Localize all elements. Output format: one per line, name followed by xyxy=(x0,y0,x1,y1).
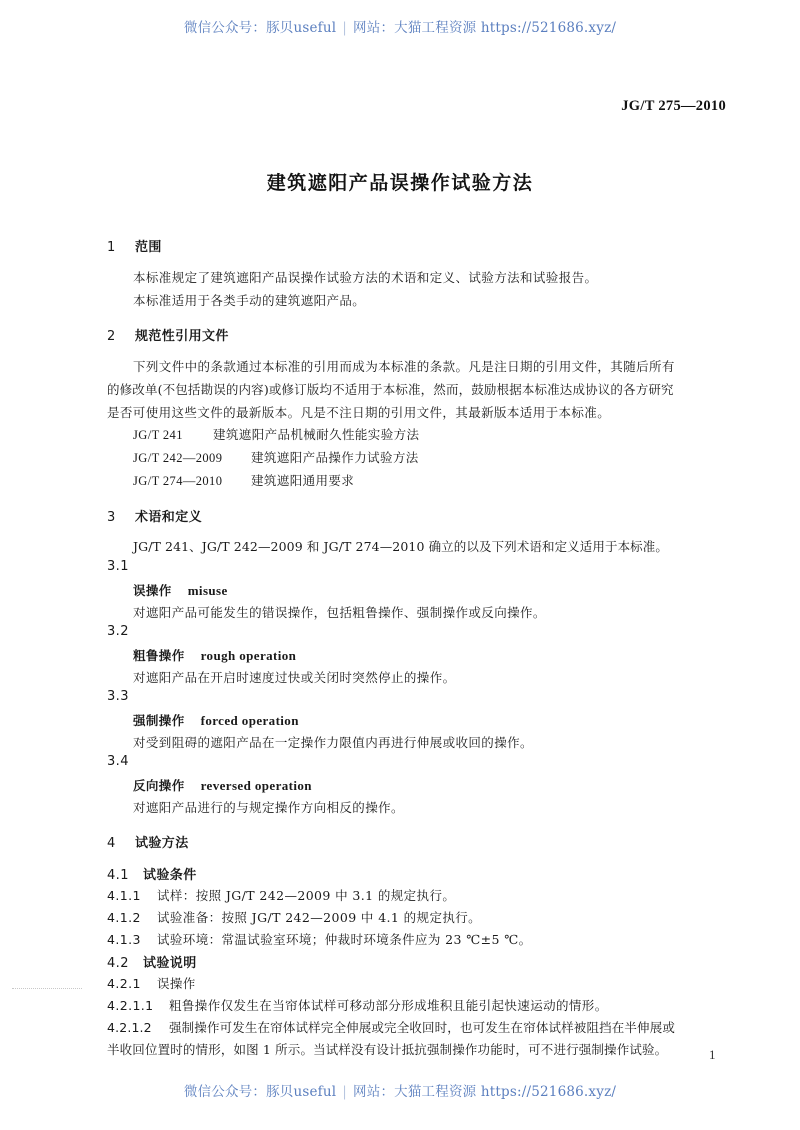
paragraph: 本标准规定了建筑遮阳产品误操作试验方法的术语和定义、试验方法和试验报告。 xyxy=(133,268,597,286)
term-number: 3.4 xyxy=(107,754,129,769)
reference-item: JG/T 242—2009建筑遮阳产品操作力试验方法 xyxy=(133,448,419,466)
term-heading: 反向操作reversed operation xyxy=(133,776,312,794)
term-english: misuse xyxy=(188,583,228,598)
term-english: forced operation xyxy=(201,713,299,728)
section-number: 3 xyxy=(107,510,135,525)
section-title: 术语和定义 xyxy=(135,510,202,525)
term-definition: 对遮阳产品可能发生的错误操作，包括粗鲁操作、强制操作或反向操作。 xyxy=(133,603,546,621)
term-number: 3.3 xyxy=(107,689,129,704)
section-title: 试验方法 xyxy=(135,836,189,851)
term-chinese: 误操作 xyxy=(133,583,172,598)
clause-item: 4.2.1.1粗鲁操作仅发生在当帘体试样可移动部分形成堆积且能引起快速运动的情形… xyxy=(107,996,608,1014)
reference-title: 建筑遮阳产品机械耐久性能实验方法 xyxy=(213,427,419,442)
clause-number: 4.2.1.1 xyxy=(107,998,169,1013)
watermark-top: 微信公众号：豚贝useful|网站：大猫工程资源 https://521686.… xyxy=(0,16,800,36)
section-4-heading: 4试验方法 xyxy=(107,832,189,851)
section-number: 1 xyxy=(107,240,135,255)
clause-item: 4.2.1.2强制操作可发生在帘体试样完全伸展或完全收回时，也可发生在帘体试样被… xyxy=(107,1018,675,1036)
watermark-separator: | xyxy=(342,20,347,36)
clause-title: 误操作 xyxy=(157,976,196,991)
term-definition: 对遮阳产品在开启时速度过快或关闭时突然停止的操作。 xyxy=(133,668,456,686)
clause-number: 4.1.1 xyxy=(107,888,157,903)
term-heading: 强制操作forced operation xyxy=(133,711,299,729)
term-definition: 对受到阻碍的遮阳产品在一定操作力限值内再进行伸展或收回的操作。 xyxy=(133,733,533,751)
watermark-bottom: 微信公众号：豚贝useful|网站：大猫工程资源 https://521686.… xyxy=(0,1080,800,1100)
reference-item: JG/T 274—2010建筑遮阳通用要求 xyxy=(133,471,354,489)
section-number: 4 xyxy=(107,836,135,851)
reference-title: 建筑遮阳产品操作力试验方法 xyxy=(251,450,419,465)
reference-item: JG/T 241建筑遮阳产品机械耐久性能实验方法 xyxy=(133,425,419,443)
paragraph-line: 的修改单(不包括勘误的内容)或修订版均不适用于本标准，然而，鼓励根据本标准达成协… xyxy=(107,380,674,398)
subsection-title: 试验条件 xyxy=(143,868,197,883)
clause-number: 4.1.3 xyxy=(107,932,157,947)
clause-number: 4.1.2 xyxy=(107,910,157,925)
watermark-separator: | xyxy=(342,1084,347,1100)
standard-code: JG/T 275—2010 xyxy=(621,98,726,115)
section-title: 范围 xyxy=(135,240,162,255)
paragraph-line: 下列文件中的条款通过本标准的引用而成为本标准的条款。凡是注日期的引用文件，其随后… xyxy=(133,357,675,375)
subsection-title: 试验说明 xyxy=(143,956,197,971)
section-title: 规范性引用文件 xyxy=(135,329,229,344)
term-chinese: 强制操作 xyxy=(133,713,185,728)
term-heading: 误操作misuse xyxy=(133,581,228,599)
clause-item: 4.1.3试验环境：常温试验室环境；仲裁时环境条件应为 23 ℃±5 ℃。 xyxy=(107,930,532,948)
paragraph: JG/T 241、JG/T 242—2009 和 JG/T 274—2010 确… xyxy=(133,537,668,555)
paragraph-line: 是否可使用这些文件的最新版本。凡是不注日期的引用文件，其最新版本适用于本标准。 xyxy=(107,403,610,421)
clause-heading: 4.2.1误操作 xyxy=(107,974,196,992)
term-definition: 对遮阳产品进行的与规定操作方向相反的操作。 xyxy=(133,798,404,816)
clause-item: 4.1.1试样：按照 JG/T 242—2009 中 3.1 的规定执行。 xyxy=(107,886,455,904)
clause-continuation: 半收回位置时的情形，如图 1 所示。当试样没有设计抵抗强制操作功能时，可不进行强… xyxy=(107,1040,667,1058)
term-heading: 粗鲁操作rough operation xyxy=(133,646,296,664)
clause-text: 试验准备：按照 JG/T 242—2009 中 4.1 的规定执行。 xyxy=(157,910,481,925)
section-3-heading: 3术语和定义 xyxy=(107,506,202,525)
section-number: 2 xyxy=(107,329,135,344)
watermark-bottom-left: 微信公众号：豚贝useful xyxy=(184,1084,336,1100)
reference-code: JG/T 241 xyxy=(133,428,213,443)
term-english: reversed operation xyxy=(201,778,312,793)
reference-code: JG/T 242—2009 xyxy=(133,451,251,466)
subsection-number: 4.2 xyxy=(107,956,143,971)
term-english: rough operation xyxy=(201,648,297,663)
page-number: 1 xyxy=(709,1047,716,1063)
subsection-number: 4.1 xyxy=(107,868,143,883)
reference-title: 建筑遮阳通用要求 xyxy=(251,473,354,488)
reference-code: JG/T 274—2010 xyxy=(133,474,251,489)
term-number: 3.1 xyxy=(107,559,129,574)
term-chinese: 粗鲁操作 xyxy=(133,648,185,663)
clause-text: 粗鲁操作仅发生在当帘体试样可移动部分形成堆积且能引起快速运动的情形。 xyxy=(169,998,608,1013)
page-title: 建筑遮阳产品误操作试验方法 xyxy=(0,168,800,195)
clause-text: 试样：按照 JG/T 242—2009 中 3.1 的规定执行。 xyxy=(157,888,455,903)
clause-text: 试验环境：常温试验室环境；仲裁时环境条件应为 23 ℃±5 ℃。 xyxy=(157,932,532,947)
term-number: 3.2 xyxy=(107,624,129,639)
term-chinese: 反向操作 xyxy=(133,778,185,793)
watermark-top-right: 网站：大猫工程资源 https://521686.xyz/ xyxy=(353,20,616,36)
subsection-4-1-heading: 4.1试验条件 xyxy=(107,864,197,883)
subsection-4-2-heading: 4.2试验说明 xyxy=(107,952,197,971)
section-2-heading: 2规范性引用文件 xyxy=(107,325,229,344)
watermark-bottom-right: 网站：大猫工程资源 https://521686.xyz/ xyxy=(353,1084,616,1100)
watermark-top-left: 微信公众号：豚贝useful xyxy=(184,20,336,36)
clause-item: 4.1.2试验准备：按照 JG/T 242—2009 中 4.1 的规定执行。 xyxy=(107,908,481,926)
clause-text: 强制操作可发生在帘体试样完全伸展或完全收回时，也可发生在帘体试样被阻挡在半伸展或 xyxy=(169,1020,675,1035)
paragraph: 本标准适用于各类手动的建筑遮阳产品。 xyxy=(133,291,365,309)
scan-artifact xyxy=(12,988,82,989)
clause-number: 4.2.1 xyxy=(107,976,157,991)
section-1-heading: 1范围 xyxy=(107,236,162,255)
clause-number: 4.2.1.2 xyxy=(107,1020,169,1035)
